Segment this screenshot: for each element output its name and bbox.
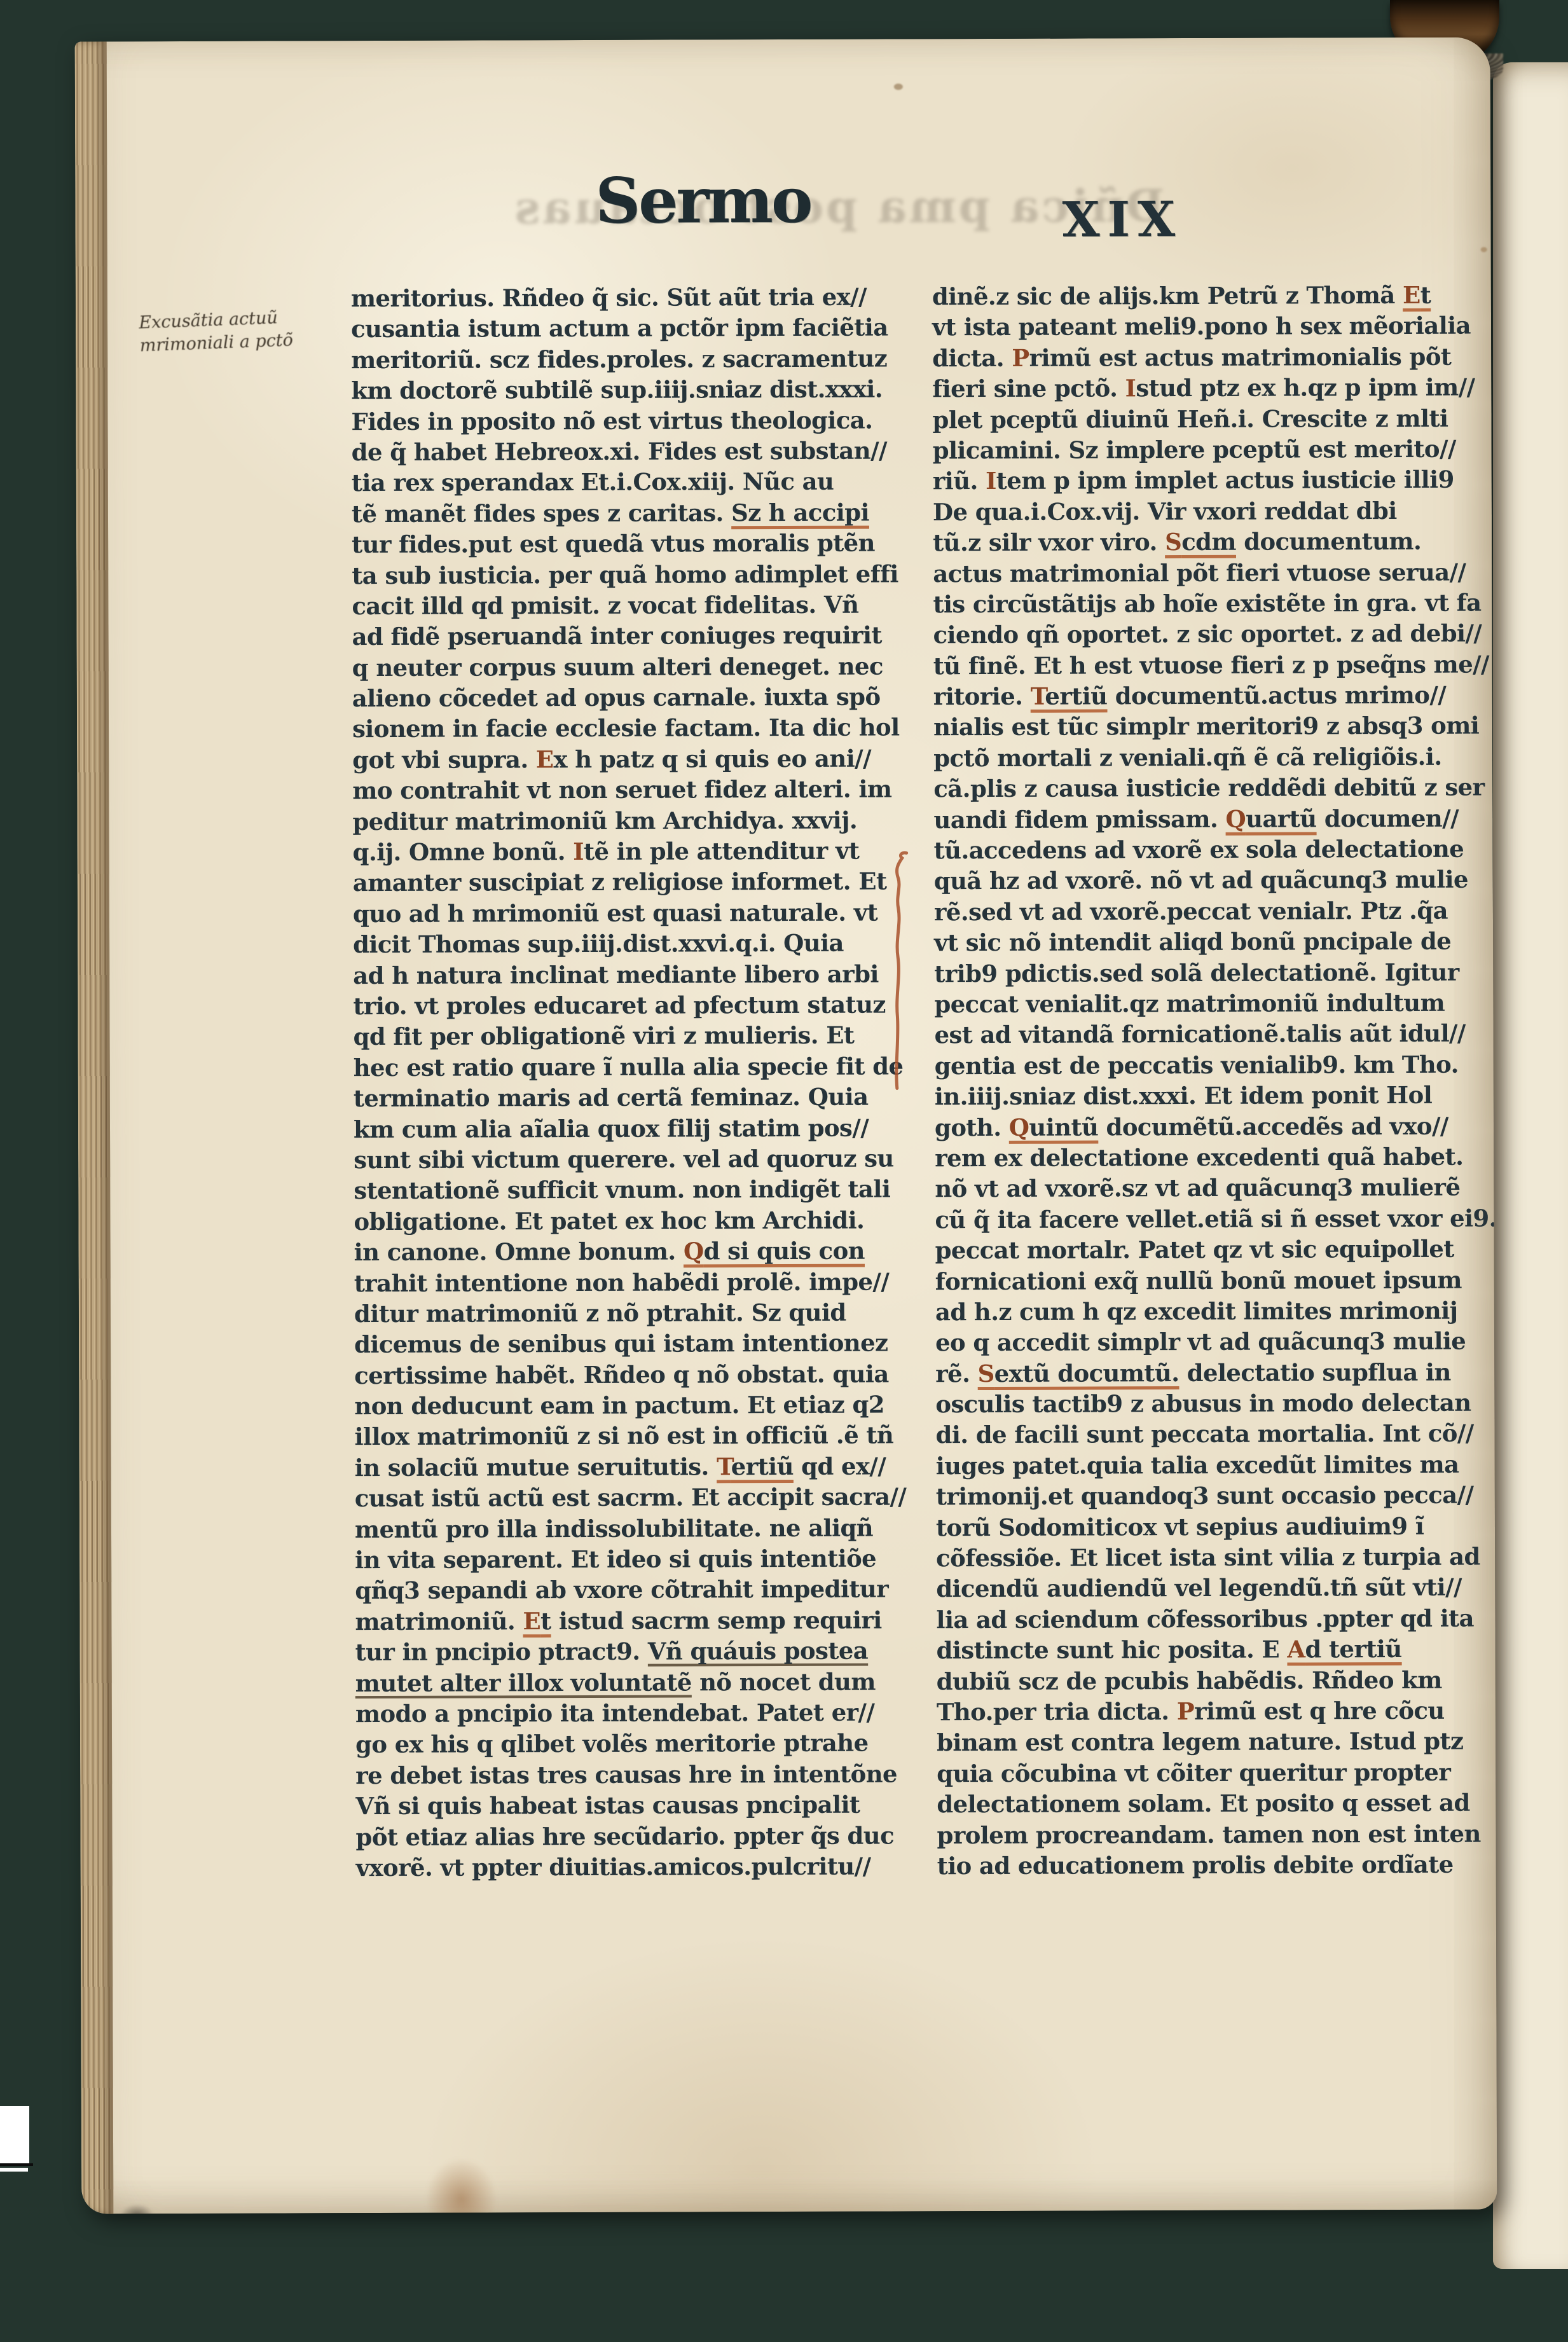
text-line: tũ finẽ. Et h est vtuose fieri z p pseq̃… [933, 649, 1497, 681]
text-line: hec est ratio quare ĩ nulla alia specie … [354, 1050, 932, 1083]
text-line: in solaciũ mutue seruitutis. Tertiũ qd e… [355, 1450, 933, 1483]
corner-smudge [114, 2198, 164, 2214]
text-line: dubiũ scz de pcubis habẽdis. Rñdeo km [937, 1664, 1497, 1697]
text-line: torũ Sodomiticox vt sepius audiuim9 ĩ [936, 1510, 1497, 1543]
text-line: riũ. Item p ipm implet actus iusticie il… [933, 464, 1497, 497]
text-line: ritorie. Tertiũ documentũ.actus mrimo// [933, 680, 1497, 712]
text-line: quã hz ad vxorẽ. nõ vt ad quãcunq3 mulie [934, 864, 1497, 897]
text-line: uandi fidem pmissam. Quartũ documen// [933, 802, 1497, 835]
text-line: iuges patet.quia talia excedũt limites m… [936, 1449, 1497, 1481]
text-line: trimonij.et quandoq3 sunt occasio pecca/… [936, 1480, 1497, 1512]
text-line: tẽ manẽt fides spes z caritas. Sz h acci… [352, 497, 930, 529]
text-line: tur in pncipio ptract9. Vñ quáuis postea [355, 1635, 934, 1667]
page-deckle-edge [75, 41, 114, 2214]
text-line: mutet alter illox voluntatẽ nõ nocet dum [355, 1666, 934, 1698]
text-line: sunt sibi victum querere. vel ad quoruz … [354, 1143, 932, 1175]
text-line: pctõ mortali z veniali.qñ ẽ cã religiõis… [933, 741, 1497, 773]
text-line: in canone. Omne bonum. Qd si quis con [354, 1235, 933, 1267]
text-line: quia cõcubina vt cõiter queritur propter [937, 1756, 1497, 1789]
text-line: vxorẽ. vt ppter diuitias.amicos.pulcritu… [356, 1850, 935, 1883]
text-line: põt etiaz alias hre secũdario. ppter q̃s… [355, 1820, 934, 1852]
text-line: Vñ si quis habeat istas causas pncipalit [355, 1789, 934, 1821]
text-line: km doctorẽ subtilẽ sup.iiij.sniaz dist.x… [351, 373, 930, 406]
text-line: trio. vt proles educaret ad pfectum stat… [353, 989, 932, 1021]
text-line: km cum alia aĩalia quox filij statim pos… [354, 1112, 932, 1145]
text-line: go ex his q qlibet volẽs meritorie ptrah… [355, 1728, 934, 1760]
show-through-ghost-text: Dñica pma post octauas [342, 179, 1334, 252]
rubricated-initial: I [1125, 374, 1136, 402]
rubricated-initial: P [1177, 1697, 1194, 1725]
text-line: dinẽ.z sic de alijs.km Petrũ z Thomã Et [932, 279, 1497, 312]
rubricated-initial: Q [684, 1237, 704, 1265]
text-line: peditur matrimoniũ km Archidya. xxvij. [352, 804, 931, 837]
text-line: osculis tactib9 z abusus in modo delecta… [935, 1387, 1497, 1419]
text-line: cusantia istum actum a pctõr ipm faciẽti… [351, 312, 930, 345]
rubricated-initial: S [1165, 528, 1181, 556]
text-line: terminatio maris ad certã feminaz. Quia [354, 1081, 932, 1113]
rubricated-initial: I [573, 837, 584, 865]
text-line: qd fit per obligationẽ viri z mulieris. … [353, 1020, 932, 1052]
text-line: peccat mortalr. Patet qz vt sic equipoll… [935, 1234, 1497, 1266]
text-line: Fides in pposito nõ est virtus theologic… [351, 404, 930, 437]
rubricated-initial: Q [1225, 804, 1246, 832]
text-line: q neuter corpus suum alteri deneget. nec [352, 651, 931, 683]
text-line: ad fidẽ pseruandã inter coniuges requiri… [352, 620, 931, 652]
text-line: ta sub iusticia. per quã homo adimplet e… [352, 558, 930, 591]
text-line: vt ista pateant meli9.pono h sex mẽorial… [932, 310, 1497, 343]
text-line: mo contrahit vt non seruet fidez alteri.… [352, 774, 931, 806]
text-line: trahit intentione non habẽdi prolẽ. impe… [354, 1266, 933, 1298]
scanned-book-photo: Dñica pma post octauas Sermo XIX Excusãt… [0, 0, 1568, 2342]
text-line: modo a pncipio ita intendebat. Patet er/… [355, 1697, 934, 1729]
text-line: fornicationi exq̃ nullũ bonũ mouet ipsum [935, 1264, 1497, 1297]
text-line: tia rex sperandax Et.i.Cox.xiij. Nũc au [352, 466, 930, 499]
text-line: meritoriũ. scz fides.proles. z sacrament… [351, 343, 930, 375]
text-line: gentia est de peccatis venialib9. km Tho… [935, 1049, 1497, 1081]
text-line: in vita separent. Et ideo si quis intent… [355, 1543, 933, 1575]
text-line: quo ad h mrimoniũ est quasi naturale. vt [353, 897, 932, 929]
text-line: actus matrimonial põt fieri vtuose serua… [933, 556, 1497, 589]
text-line: cũ q̃ ita facere vellet.etiã si ñ esset … [935, 1202, 1497, 1235]
text-line: in.iiij.sniaz dist.xxxi. Et idem ponit H… [935, 1080, 1497, 1112]
text-line: certissime habẽt. Rñdeo q nõ obstat. qui… [354, 1358, 933, 1391]
text-line: stentationẽ sufficit vnum. non indigẽt t… [354, 1174, 932, 1206]
text-line: Tho.per tria dicta. Primũ est q hre cõcu [937, 1695, 1497, 1727]
text-line: plicamini. Sz implere pceptũ est merito/… [933, 433, 1497, 465]
rubricated-initial: I [986, 467, 996, 495]
text-line: cõfessiõe. Et licet ista sint vilia z tu… [936, 1541, 1497, 1573]
scanner-artifact-white-block [0, 2106, 29, 2163]
text-line: nõ vt ad vxorẽ.sz vt ad quãcunq3 mulierẽ [935, 1172, 1497, 1204]
text-line: est ad vitandã fornicationẽ.talis aũt id… [934, 1018, 1497, 1050]
text-line: tũ.z silr vxor viro. Scdm documentum. [933, 526, 1497, 558]
rubricated-initial: E [523, 1607, 540, 1635]
text-line: ad h natura inclinat mediante libero arb… [353, 958, 932, 991]
scanner-artifact-white-line [0, 2168, 28, 2172]
text-line: nialis est tũc simplr meritori9 z absq3 … [933, 710, 1497, 743]
text-line: cacit illd qd pmisit. z vocat fidelitas.… [352, 589, 930, 621]
text-line: illox matrimoniũ z si nõ est in officiũ … [354, 1420, 933, 1452]
rubricated-initial: T [1031, 682, 1045, 710]
text-line: meritorius. Rñdeo q̃ sic. Sũt aũt tria e… [351, 281, 930, 313]
text-line: De qua.i.Cox.vij. Vir vxori reddat dbi [933, 495, 1497, 527]
text-line: trib9 pdictis.sed solã delectationẽ. Igi… [934, 956, 1497, 989]
text-line: matrimoniũ. Et istud sacrm semp requiri [355, 1604, 933, 1637]
text-line: distincte sunt hic posita. E Ad tertiũ [937, 1634, 1497, 1666]
text-line: tis circũstãtijs ab hoĩe existẽte in gra… [933, 587, 1497, 619]
text-line: tur fides.put est quedã vtus moralis ptẽ… [352, 527, 930, 560]
text-line: di. de facili sunt peccata mortalia. Int… [935, 1418, 1497, 1450]
rubricated-initial: P [1012, 344, 1029, 372]
ink-stain [407, 2119, 516, 2214]
sermon-number: XIX [1062, 191, 1183, 248]
book-page: Dñica pma post octauas Sermo XIX Excusãt… [75, 38, 1497, 2214]
rubricated-initial: T [717, 1452, 731, 1480]
text-line: vt sic nõ intendit aliqd bonũ pncipale d… [934, 926, 1497, 958]
text-column-right: dinẽ.z sic de alijs.km Petrũ z Thomã Etv… [932, 279, 1497, 1881]
rubricated-initial: Q [1009, 1113, 1029, 1141]
text-line: mentũ pro illa indissolubilitate. ne ali… [355, 1512, 933, 1545]
rubricated-initial: S [978, 1360, 994, 1388]
text-line: rẽ.sed vt ad vxorẽ.peccat venialr. Ptz .… [934, 895, 1497, 927]
text-line: rẽ. Sextũ documtũ. delectatio supflua in [935, 1356, 1497, 1389]
text-line: prolem procreandam. tamen non est inten [937, 1818, 1497, 1850]
text-line: eo q accedit simplr vt ad quãcunq3 mulie [935, 1326, 1497, 1358]
text-line: plet pceptũ diuinũ Heñ.i. Crescite z mlt… [932, 403, 1497, 435]
text-line: goth. Quintũ documẽtũ.accedẽs ad vxo// [935, 1110, 1497, 1143]
marginalia-note: Excusãtia actuũ mrimoniali a pctõ [139, 305, 331, 357]
text-line: ciendo qñ oportet. z sic oportet. z ad d… [933, 618, 1497, 651]
text-line: obligatione. Et patet ex hoc km Archidi. [354, 1204, 932, 1237]
text-line: dicemus de senibus qui istam intentionez [354, 1328, 933, 1360]
text-line: q.ij. Omne bonũ. Itẽ in ple attenditur v… [353, 835, 932, 867]
facing-page-edge [1493, 62, 1568, 2269]
text-line: de q̃ habet Hebreox.xi. Fides est substa… [352, 435, 930, 467]
text-line: binam est contra legem nature. Istud ptz [937, 1726, 1497, 1758]
text-line: lia ad sciendum cõfessoribus .ppter qd i… [936, 1602, 1497, 1635]
text-line: non deducunt eam in pactum. Et etiaz q2 [354, 1389, 933, 1421]
text-line: ditur matrimoniũ z nõ ptrahit. Sz quid [354, 1297, 933, 1329]
text-line: re debet istas tres causas hre in intent… [355, 1758, 934, 1791]
text-column-left: meritorius. Rñdeo q̃ sic. Sũt aũt tria e… [351, 281, 935, 1883]
text-line: cusat istũ actũ est sacrm. Et accipit sa… [355, 1482, 933, 1514]
rubricated-initial: E [1403, 281, 1420, 309]
text-line: delectationem solam. Et posito q esset a… [937, 1787, 1497, 1820]
text-line: peccat venialit.qz matrimoniũ indultum [934, 987, 1497, 1019]
text-line: amanter suscipiat z religiose informet. … [353, 866, 932, 899]
red-margin-squiggle [893, 850, 912, 1092]
text-line: alieno cõcedet ad opus carnale. iuxta sp… [352, 681, 931, 713]
paper-fleck [894, 83, 903, 90]
text-line: tio ad educationem prolis debite ordĩate [937, 1849, 1497, 1881]
text-line: tũ.accedens ad vxorẽ ex sola delectation… [934, 833, 1497, 865]
text-line: qñq3 sepandi ab vxore cõtrahit impeditur [355, 1574, 933, 1606]
text-line: dicendũ audiendũ vel legendũ.tñ sũt vti/… [936, 1572, 1497, 1604]
text-line: ad h.z cum h qz excedit limites mrimonij [935, 1295, 1497, 1327]
rubricated-initial: A [1287, 1636, 1305, 1664]
text-line: fieri sine pctõ. Istud ptz ex h.qz p ipm… [932, 372, 1497, 404]
rubricated-initial: E [536, 745, 554, 773]
running-title: Sermo [595, 164, 811, 238]
text-line: sionem in facie ecclesie factam. Ita dic… [352, 712, 931, 745]
paper-fleck [1481, 247, 1487, 252]
text-line: cã.plis z causa iusticie reddẽdi debitũ … [933, 772, 1497, 804]
scanner-artifact-black-line [0, 2163, 33, 2166]
text-line: dicta. Primũ est actus matrimonialis põt [932, 341, 1497, 373]
text-line: dicit Thomas sup.iiij.dist.xxvi.q.i. Qui… [353, 927, 932, 960]
text-line: rem ex delectatione excedenti quã habet. [935, 1141, 1497, 1173]
text-line: got vbi supra. Ex h patz q si quis eo an… [352, 743, 931, 775]
